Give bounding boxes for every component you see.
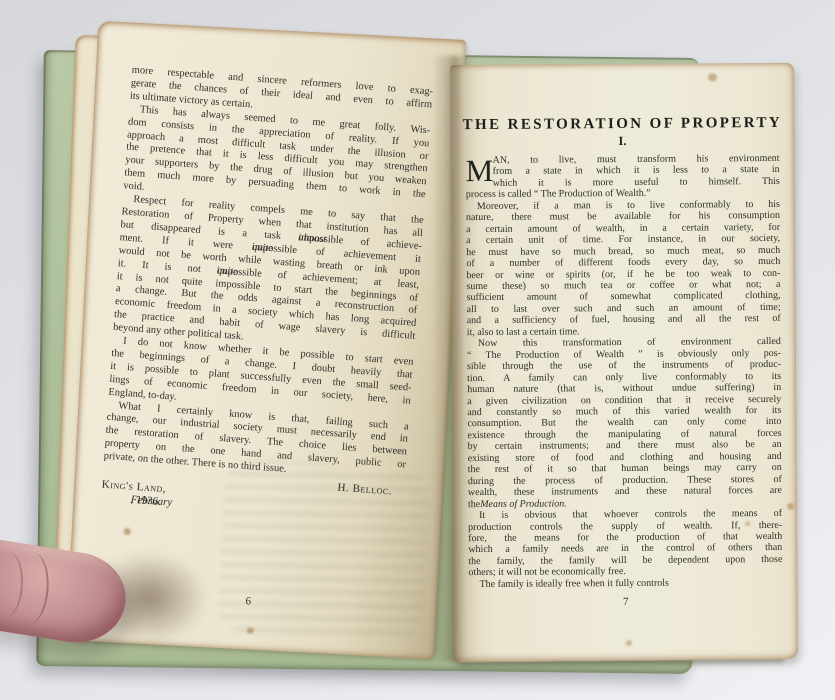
- left-page-text: more respectable and sincere reformers l…: [103, 65, 433, 486]
- foxing-spot: [787, 503, 794, 510]
- opening-paragraph: M AN, to live, must transform his enviro…: [466, 153, 780, 201]
- left-page-text-block: more respectable and sincere reformers l…: [100, 65, 433, 527]
- foxing-spot: [745, 521, 750, 526]
- section-numeral: I.: [450, 133, 794, 150]
- photo-backdrop: more respectable and sincere reformers l…: [0, 0, 835, 700]
- foxing-spot: [708, 73, 717, 81]
- page-number-right: 7: [454, 595, 798, 609]
- right-page-text: Moreover, if a man is to live conformabl…: [466, 199, 783, 591]
- right-page: THE RESTORATION OF PROPERTY I. M AN, to …: [450, 63, 798, 661]
- opening-paragraph-lines: AN, to live, must transform his environm…: [466, 153, 780, 201]
- right-page-text-block: M AN, to live, must transform his enviro…: [466, 153, 783, 590]
- foxing-spot: [626, 640, 632, 646]
- foxing-spot: [124, 528, 131, 535]
- chapter-title: THE RESTORATION OF PROPERTY: [450, 115, 794, 134]
